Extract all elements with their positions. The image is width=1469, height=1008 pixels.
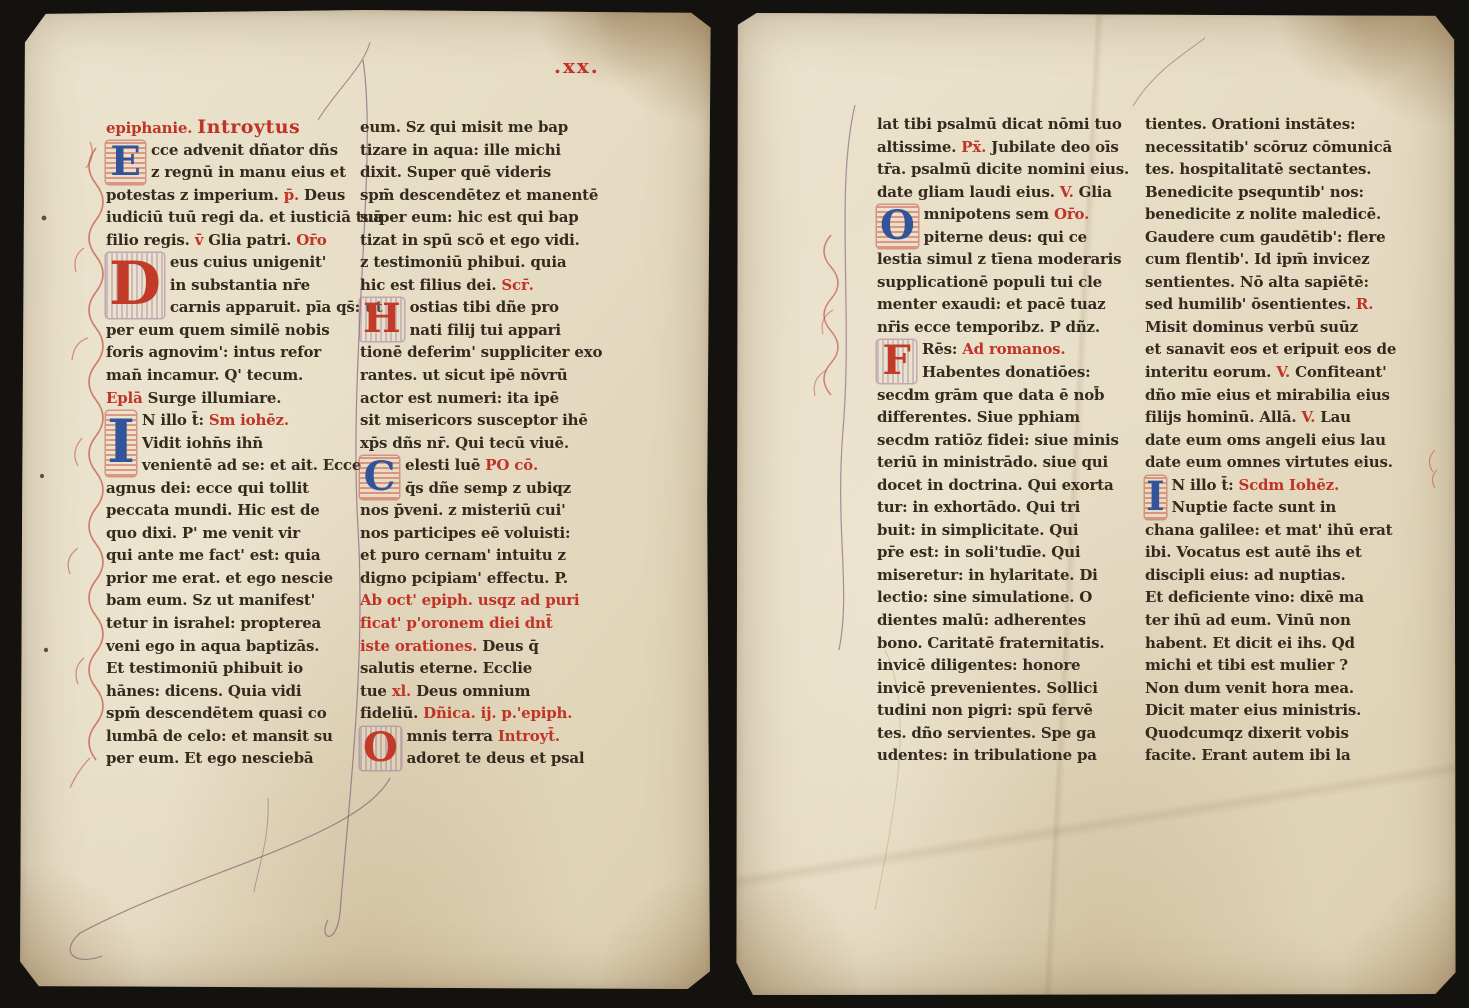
ink-text: invicē diligentes: honore: [877, 656, 1080, 674]
ink-text: Deus omnium: [416, 682, 530, 700]
text-line: sentientes. Nō alta sapiētē:: [1145, 271, 1421, 294]
text-line: tes. hospitalitatē sectantes.: [1145, 158, 1421, 181]
text-line: differentes. Siue pphiam: [877, 406, 1143, 429]
text-line: tr̄a. psalmū dicite nomini eius.: [877, 158, 1143, 181]
ink-text: mnipotens sem: [924, 205, 1054, 223]
text-line: ibi. Vocatus est autē ihs et: [1145, 541, 1421, 564]
ink-text: ibi. Vocatus est autē ihs et: [1145, 543, 1362, 561]
text-block: eum. Sz qui misit me baptizare in aqua: …: [360, 116, 632, 296]
rubric-text: Introyt̄.: [498, 727, 560, 745]
ink-text: foris agnovim': intus refor: [106, 343, 321, 361]
ink-text: date eum oms angeli eius lau: [1145, 431, 1386, 449]
ink-text: michi et tibi est mulier ?: [1145, 656, 1348, 674]
ink-text: filijs hominū. Allā.: [1145, 408, 1301, 426]
text-line: super eum: hic est qui bap: [360, 206, 632, 229]
ink-text: N illo t̄:: [142, 411, 209, 429]
ink-text: carnis apparuit. pīa qs̄: ut: [170, 298, 383, 316]
text-line: secdm ratiōz fidei: siue minis: [877, 429, 1143, 452]
ink-text: spm̄ descendētem quasi co: [106, 704, 327, 722]
text-line: z testimoniū phibui. quia: [360, 251, 632, 274]
ink-text: lestia simul z tīena moderaris: [877, 250, 1121, 268]
text-block: Hostias tibi dñe pronati filij tui appar…: [360, 296, 632, 454]
ink-text: z testimoniū phibui. quia: [360, 253, 566, 271]
ink-text: Misit dominus verbū suūz: [1145, 318, 1358, 336]
text-line: adoret te deus et psal: [360, 747, 632, 770]
text-line: Vidit iohn̄s ihn̄: [106, 432, 358, 455]
text-line: Benedicite psequntib' nos:: [1145, 181, 1421, 204]
text-line: qui ante me fact' est: quia: [106, 544, 358, 567]
ink-text: Deus q̄: [482, 637, 538, 655]
ink-text: quo dixi. P' me venit vir: [106, 524, 300, 542]
text-line: interitu eorum. V. Confiteant': [1145, 361, 1421, 384]
text-line: pr̄e est: in soli'tudīe. Qui: [877, 541, 1143, 564]
text-line: spm̄ descendētem quasi co: [106, 702, 358, 725]
ink-text: eum. Sz qui misit me bap: [360, 118, 568, 136]
ink-text: et sanavit eos et eripuit eos de: [1145, 340, 1396, 358]
left-leaf: .xx. epiphanie. IntroytusEcce advenit dñ…: [18, 8, 712, 991]
ink-text: tetur in israhel: propterea: [106, 614, 321, 632]
illuminated-initial: F: [877, 340, 916, 383]
text-line: iudiciū tuū regi da. et iusticiā tuā: [106, 206, 358, 229]
ink-text: tientes. Orationi instātes:: [1145, 115, 1355, 133]
text-line: venientē ad se: et ait. Ecce: [106, 454, 358, 477]
ink-text: Non dum venit hora mea.: [1145, 679, 1354, 697]
text-block: Omnis terra Introyt̄.adoret te deus et p…: [360, 725, 632, 770]
text-line: lectio: sine simulatione. O: [877, 586, 1143, 609]
text-line: Et deficiente vino: dixē ma: [1145, 586, 1421, 609]
text-line: udentes: in tribulatione pa: [877, 744, 1143, 767]
rubric-text: Ad romanos.: [962, 340, 1065, 358]
ink-text: sed humilib' ōsentientes.: [1145, 295, 1356, 313]
text-line: mnis terra Introyt̄.: [360, 725, 632, 748]
ink-text: Et deficiente vino: dixē ma: [1145, 588, 1364, 606]
ink-text: N illo t̄:: [1172, 476, 1239, 494]
text-line: Dicit mater eius ministris.: [1145, 699, 1421, 722]
ink-text: Confiteant': [1295, 363, 1386, 381]
ink-text: actor est numeri: ita ipē: [360, 389, 559, 407]
ink-text: tionē deferim' suppliciter exo: [360, 343, 602, 361]
text-block: IN illo t̄: Sm iohēz.Vidit iohn̄s ihn̄ve…: [106, 409, 358, 770]
text-line: facite. Erant autem ibi la: [1145, 744, 1421, 767]
text-line: epiphanie. Introytus: [106, 116, 358, 139]
text-line: et puro cernam' intuitu z: [360, 544, 632, 567]
ink-text: lat tibi psalmū dicat nōmi tuo: [877, 115, 1122, 133]
text-line: tientes. Orationi instātes:: [1145, 113, 1421, 136]
text-line: Gaudere cum gaudētib': flere: [1145, 226, 1421, 249]
ink-text: secdm grām que data ē nob̄: [877, 386, 1104, 404]
ink-text: potestas z imperium.: [106, 186, 284, 204]
text-line: Misit dominus verbū suūz: [1145, 316, 1421, 339]
ink-text: Habentes donatiōes:: [922, 363, 1090, 381]
illuminated-initial: D: [106, 253, 164, 318]
text-line: benedicite z nolite maledicē.: [1145, 203, 1421, 226]
ink-text: Jubilate deo oīs: [991, 138, 1119, 156]
ink-text: miseretur: in hylaritate. Di: [877, 566, 1098, 584]
text-line: prior me erat. et ego nescie: [106, 567, 358, 590]
ink-text: ter ihū ad eum. Vinū non: [1145, 611, 1351, 629]
text-line: tudini non pigri: spū fervē: [877, 699, 1143, 722]
text-line: Ab oct' epiph. usqz ad puri: [360, 589, 632, 612]
rubric-text: xl.: [392, 682, 416, 700]
ink-text: mnis terra: [407, 727, 498, 745]
text-line: actor est numeri: ita ipē: [360, 387, 632, 410]
ink-text: prior me erat. et ego nescie: [106, 569, 333, 587]
text-line: tur: in exhortādo. Qui tri: [877, 496, 1143, 519]
ink-text: tue: [360, 682, 392, 700]
ink-text: altissime.: [877, 138, 961, 156]
rubric-text: Eplā: [106, 389, 148, 407]
text-line: Nuptie facte sunt in: [1145, 496, 1421, 519]
text-line: nr̄is ecce temporibz. P dñz.: [877, 316, 1143, 339]
illuminated-initial: I: [106, 411, 136, 476]
text-line: buit: in simplicitate. Qui: [877, 519, 1143, 542]
ink-text: ostias tibi dñe pro: [410, 298, 559, 316]
text-line: et sanavit eos et eripuit eos de: [1145, 338, 1421, 361]
ink-text: tur: in exhortādo. Qui tri: [877, 498, 1080, 516]
text-line: tizat in spū scō et ego vidi.: [360, 229, 632, 252]
ink-text: Gaudere cum gaudētib': flere: [1145, 228, 1385, 246]
rubric-text: PO cō.: [485, 456, 538, 474]
ink-text: peccata mundi. Hic est de: [106, 501, 320, 519]
ink-text: digno pcipiam' effectu. P.: [360, 569, 568, 587]
ink-text: spm̄ descendētez et manentē: [360, 186, 598, 204]
text-line: teriū in ministrādo. siue qui: [877, 451, 1143, 474]
text-line: Eplā Surge illumiare.: [106, 387, 358, 410]
text-line: Habentes donatiōes:: [877, 361, 1143, 384]
text-line: nos p̄veni. z misteriū cui': [360, 499, 632, 522]
ink-text: Et testimoniū phibuit io: [106, 659, 303, 677]
right-leaf-column-1: lat tibi psalmū dicat nōmi tuoaltissime.…: [877, 113, 1143, 767]
ink-text: hānes: dicens. Quia vidi: [106, 682, 301, 700]
ink-text: facite. Erant autem ibi la: [1145, 746, 1351, 764]
text-line: dientes malū: adherentes: [877, 609, 1143, 632]
text-line: lat tibi psalmū dicat nōmi tuo: [877, 113, 1143, 136]
ink-text: menter exaudi: et pacē tuaz: [877, 295, 1105, 313]
ink-text: habent. Et dicit ei ihs. Qd: [1145, 634, 1355, 652]
ink-text: tizat in spū scō et ego vidi.: [360, 231, 580, 249]
ink-text: differentes. Siue pphiam: [877, 408, 1080, 426]
text-line: filijs hominū. Allā. V. Lau: [1145, 406, 1421, 429]
ink-text: nos participes eē voluisti:: [360, 524, 570, 542]
text-line: agnus dei: ecce qui tollit: [106, 477, 358, 500]
ink-text: tes. dño servientes. Spe ga: [877, 724, 1096, 742]
rubric-text: ficat' p'oronem diei dnt̄: [360, 614, 552, 632]
right-leaf-column-2: tientes. Orationi instātes:necessitatib'…: [1145, 113, 1421, 767]
text-block: IN illo t̄: Scdm Iohēz.Nuptie facte sunt…: [1145, 474, 1421, 767]
rubric-text: Ab oct' epiph. usqz ad puri: [360, 591, 579, 609]
ink-text: man̄ incamur. Q' tecum.: [106, 366, 303, 384]
text-line: veni ego in aqua baptizās.: [106, 635, 358, 658]
rubric-text: V.: [1301, 408, 1320, 426]
ink-text: teriū in ministrādo. siue qui: [877, 453, 1108, 471]
text-line: peccata mundi. Hic est de: [106, 499, 358, 522]
ink-text: Quodcumqz dixerit vobis: [1145, 724, 1349, 742]
ink-text: z regnū in manu eius et: [151, 163, 346, 181]
text-line: habent. Et dicit ei ihs. Qd: [1145, 632, 1421, 655]
ink-text: date gliam laudi eius.: [877, 183, 1060, 201]
ink-text: Rēs:: [922, 340, 962, 358]
text-line: Quodcumqz dixerit vobis: [1145, 722, 1421, 745]
text-line: N illo t̄: Sm iohēz.: [106, 409, 358, 432]
ink-text: dño mīe eius et mirabilia eius: [1145, 386, 1390, 404]
text-line: filio regis. v̄ Glia patri. Or̄o: [106, 229, 358, 252]
rubric-text: epiphanie.: [106, 119, 197, 137]
ink-text: fideliū.: [360, 704, 423, 722]
ink-text: Glia patri.: [208, 231, 296, 249]
text-line: nos participes eē voluisti:: [360, 522, 632, 545]
ink-text: dientes malū: adherentes: [877, 611, 1086, 629]
ink-text: elesti luē: [405, 456, 485, 474]
rubric-text: Scdm Iohēz.: [1238, 476, 1339, 494]
text-block: Deus cuius unigenit'in substantia nr̄eca…: [106, 251, 358, 409]
text-line: potestas z imperium. p̄. Deus: [106, 184, 358, 207]
text-line: chana galilee: et mat' ihū erat: [1145, 519, 1421, 542]
illuminated-initial: O: [877, 205, 918, 248]
text-line: salutis eterne. Ecclie: [360, 657, 632, 680]
folio-number: .xx.: [554, 54, 600, 78]
text-line: dño mīe eius et mirabilia eius: [1145, 384, 1421, 407]
text-line: sit misericors susceptor ihē: [360, 409, 632, 432]
rubric-text: Or̄o: [296, 231, 326, 249]
ink-text: buit: in simplicitate. Qui: [877, 521, 1078, 539]
text-block: Omnipotens sem Or̄o.piterne deus: qui ce…: [877, 203, 1143, 338]
text-line: xp̄s dñs nr̄. Qui tecū viuē.: [360, 432, 632, 455]
ink-text: per eum quem similē nobis: [106, 321, 329, 339]
text-line: bono. Caritatē fraternitatis.: [877, 632, 1143, 655]
rubric-text: Or̄o.: [1054, 205, 1089, 223]
ink-text: docet in doctrina. Qui exorta: [877, 476, 1114, 494]
text-line: date eum omnes virtutes eius.: [1145, 451, 1421, 474]
ink-text: qui ante me fact' est: quia: [106, 546, 320, 564]
ink-text: pr̄e est: in soli'tudīe. Qui: [877, 543, 1080, 561]
text-block: Ecce advenit dñator dñsz regnū in manu e…: [106, 139, 358, 252]
rubric-text: Scr̄.: [501, 276, 533, 294]
ink-text: udentes: in tribulatione pa: [877, 746, 1097, 764]
ink-text: lectio: sine simulatione. O: [877, 588, 1092, 606]
ink-text: Vidit iohn̄s ihn̄: [142, 434, 263, 452]
ink-text: necessitatib' scōruz cōmunicā: [1145, 138, 1392, 156]
text-line: ficat' p'oronem diei dnt̄: [360, 612, 632, 635]
ink-text: Lau: [1320, 408, 1351, 426]
text-block: tientes. Orationi instātes:necessitatib'…: [1145, 113, 1421, 474]
ink-text: cum flentib'. Id ipm̄ invicez: [1145, 250, 1370, 268]
text-line: tizare in aqua: ille michi: [360, 139, 632, 162]
text-line: per eum quem similē nobis: [106, 319, 358, 342]
ink-text: super eum: hic est qui bap: [360, 208, 579, 226]
text-line: Non dum venit hora mea.: [1145, 677, 1421, 700]
text-line: cum flentib'. Id ipm̄ invicez: [1145, 248, 1421, 271]
ink-text: supplicationē populi tui cle: [877, 273, 1102, 291]
text-line: michi et tibi est mulier ?: [1145, 654, 1421, 677]
ink-text: nos p̄veni. z misteriū cui': [360, 501, 565, 519]
ink-text: sentientes. Nō alta sapiētē:: [1145, 273, 1369, 291]
ink-text: bono. Caritatē fraternitatis.: [877, 634, 1104, 652]
ink-text: iudiciū tuū regi da. et iusticiā tuā: [106, 208, 383, 226]
text-line: necessitatib' scōruz cōmunicā: [1145, 136, 1421, 159]
manuscript-photo: .xx. epiphanie. IntroytusEcce advenit dñ…: [0, 0, 1469, 1008]
text-line: hic est filius dei. Scr̄.: [360, 274, 632, 297]
ink-text: invicē prevenientes. Sollici: [877, 679, 1098, 697]
illuminated-initial: H: [360, 298, 404, 341]
rubric-text: Sm iohēz.: [209, 411, 289, 429]
text-line: lestia simul z tīena moderaris: [877, 248, 1143, 271]
text-block: lat tibi psalmū dicat nōmi tuoaltissime.…: [877, 113, 1143, 203]
rubric-text: Dñica. ij. p.'epiph.: [423, 704, 572, 722]
text-line: spm̄ descendētez et manentē: [360, 184, 632, 207]
text-line: invicē diligentes: honore: [877, 654, 1143, 677]
text-line: fideliū. Dñica. ij. p.'epiph.: [360, 702, 632, 725]
text-line: digno pcipiam' effectu. P.: [360, 567, 632, 590]
left-leaf-column-1: epiphanie. IntroytusEcce advenit dñator …: [106, 116, 358, 770]
ink-text: sit misericors susceptor ihē: [360, 411, 588, 429]
rubric-text: Introytus: [197, 116, 300, 138]
text-line: eum. Sz qui misit me bap: [360, 116, 632, 139]
ink-text: venientē ad se: et ait. Ecce: [142, 456, 361, 474]
text-line: dixit. Super quē videris: [360, 161, 632, 184]
ink-text: salutis eterne. Ecclie: [360, 659, 532, 677]
text-line: tionē deferim' suppliciter exo: [360, 341, 632, 364]
ink-text: piterne deus: qui ce: [924, 228, 1087, 246]
ink-text: hic est filius dei.: [360, 276, 501, 294]
text-line: tue xl. Deus omnium: [360, 680, 632, 703]
ink-text: secdm ratiōz fidei: siue minis: [877, 431, 1119, 449]
ink-text: agnus dei: ecce qui tollit: [106, 479, 309, 497]
text-line: lumbā de celo: et mansit su: [106, 725, 358, 748]
text-line: altissime. Px̄. Jubilate deo oīs: [877, 136, 1143, 159]
text-line: Rēs: Ad romanos.: [877, 338, 1143, 361]
text-line: Et testimoniū phibuit io: [106, 657, 358, 680]
illuminated-initial: C: [360, 456, 399, 499]
ink-text: bam eum. Sz ut manifest': [106, 591, 315, 609]
text-line: docet in doctrina. Qui exorta: [877, 474, 1143, 497]
ink-text: adoret te deus et psal: [407, 749, 585, 767]
ink-text: lumbā de celo: et mansit su: [106, 727, 333, 745]
ink-text: tizare in aqua: ille michi: [360, 141, 561, 159]
text-line: foris agnovim': intus refor: [106, 341, 358, 364]
text-line: elesti luē PO cō.: [360, 454, 632, 477]
text-line: bam eum. Sz ut manifest': [106, 589, 358, 612]
ink-text: per eum. Et ego nesciebā: [106, 749, 313, 767]
illuminated-initial: I: [1145, 476, 1166, 519]
ink-text: tudini non pigri: spū fervē: [877, 701, 1093, 719]
text-line: menter exaudi: et pacē tuaz: [877, 293, 1143, 316]
left-leaf-column-2: eum. Sz qui misit me baptizare in aqua: …: [360, 116, 632, 770]
illuminated-initial: O: [360, 727, 401, 770]
ink-text: Glia: [1079, 183, 1112, 201]
text-line: hānes: dicens. Quia vidi: [106, 680, 358, 703]
ink-text: veni ego in aqua baptizās.: [106, 637, 319, 655]
text-line: miseretur: in hylaritate. Di: [877, 564, 1143, 587]
text-line: man̄ incamur. Q' tecum.: [106, 364, 358, 387]
ink-text: benedicite z nolite maledicē.: [1145, 205, 1381, 223]
ink-text: eus cuius unigenit': [170, 253, 326, 271]
ink-text: filio regis.: [106, 231, 195, 249]
ink-text: Surge illumiare.: [148, 389, 282, 407]
text-line: rantes. ut sicut ipē nōvrū: [360, 364, 632, 387]
illuminated-initial: E: [106, 141, 145, 184]
rubric-text: R.: [1356, 295, 1373, 313]
text-line: per eum. Et ego nesciebā: [106, 747, 358, 770]
ink-text: interitu eorum.: [1145, 363, 1276, 381]
text-line: date eum oms angeli eius lau: [1145, 429, 1421, 452]
text-line: q̄s dñe semp z ubiqz: [360, 477, 632, 500]
rubric-text: V.: [1060, 183, 1079, 201]
rubric-text: p̄.: [284, 186, 304, 204]
text-block: FRēs: Ad romanos.Habentes donatiōes:secd…: [877, 338, 1143, 766]
text-line: supplicationē populi tui cle: [877, 271, 1143, 294]
ink-text: tr̄a. psalmū dicite nomini eius.: [877, 160, 1129, 178]
rubric-text: iste orationes.: [360, 637, 482, 655]
ink-text: Deus: [304, 186, 345, 204]
text-line: tes. dño servientes. Spe ga: [877, 722, 1143, 745]
ink-text: dixit. Super quē videris: [360, 163, 551, 181]
ink-text: q̄s dñe semp z ubiqz: [405, 479, 571, 497]
rubric-text: V.: [1276, 363, 1295, 381]
rubric-text: v̄: [195, 231, 209, 249]
ink-text: xp̄s dñs nr̄. Qui tecū viuē.: [360, 434, 569, 452]
text-block: epiphanie. Introytus: [106, 116, 358, 139]
ink-text: nr̄is ecce temporibz. P dñz.: [877, 318, 1100, 336]
ink-text: cce advenit dñator dñs: [151, 141, 338, 159]
ink-text: Nuptie facte sunt in: [1172, 498, 1337, 516]
ink-text: tes. hospitalitatē sectantes.: [1145, 160, 1371, 178]
ink-text: in substantia nr̄e: [170, 276, 310, 294]
text-line: quo dixi. P' me venit vir: [106, 522, 358, 545]
ink-text: chana galilee: et mat' ihū erat: [1145, 521, 1392, 539]
ink-text: rantes. ut sicut ipē nōvrū: [360, 366, 567, 384]
text-line: tetur in israhel: propterea: [106, 612, 358, 635]
ink-text: nati filij tui appari: [410, 321, 561, 339]
text-line: discipli eius: ad nuptias.: [1145, 564, 1421, 587]
text-line: N illo t̄: Scdm Iohēz.: [1145, 474, 1421, 497]
text-line: date gliam laudi eius. V. Glia: [877, 181, 1143, 204]
text-line: sed humilib' ōsentientes. R.: [1145, 293, 1421, 316]
right-leaf: lat tibi psalmū dicat nōmi tuoaltissime.…: [735, 10, 1457, 997]
text-block: Celesti luē PO cō.q̄s dñe semp z ubiqzno…: [360, 454, 632, 725]
text-line: secdm grām que data ē nob̄: [877, 384, 1143, 407]
ink-text: discipli eius: ad nuptias.: [1145, 566, 1345, 584]
text-line: iste orationes. Deus q̄: [360, 635, 632, 658]
text-line: ter ihū ad eum. Vinū non: [1145, 609, 1421, 632]
ink-text: date eum omnes virtutes eius.: [1145, 453, 1393, 471]
ink-text: Dicit mater eius ministris.: [1145, 701, 1361, 719]
text-line: invicē prevenientes. Sollici: [877, 677, 1143, 700]
ink-text: Benedicite psequntib' nos:: [1145, 183, 1364, 201]
rubric-text: Px̄.: [961, 138, 991, 156]
ink-text: et puro cernam' intuitu z: [360, 546, 566, 564]
